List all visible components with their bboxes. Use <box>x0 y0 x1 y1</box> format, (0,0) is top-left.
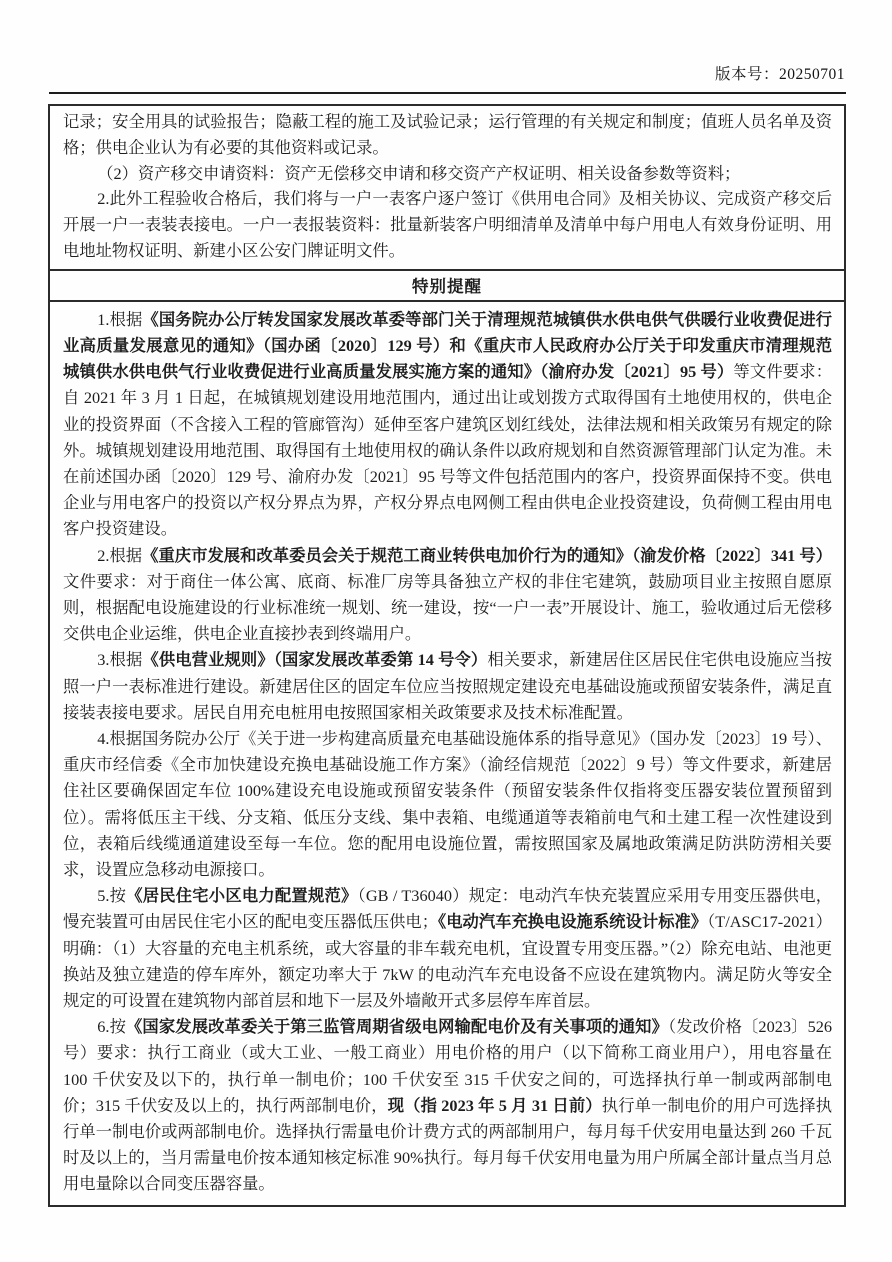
paragraph: 4.根据国务院办公厅《关于进一步构建高质量充电基础设施体系的指导意见》（国办发〔… <box>63 726 832 883</box>
paragraph: 2.此外工程验收合格后，我们将与一户一表客户逐户签订《供用电合同》及相关协议、完… <box>63 186 832 263</box>
bold-text-segment: 《重庆市发展和改革委员会关于规范工商业转供电加价行为的通知》（渝发价格〔2022… <box>142 546 832 565</box>
header-rule <box>49 92 846 94</box>
bold-text-segment: 《国务院办公厅转发国家发展改革委等部门关于清理规范城镇供水供电供气供暖行业收费促… <box>63 310 832 381</box>
special-notice-body: 1.根据《国务院办公厅转发国家发展改革委等部门关于清理规范城镇供水供电供气供暖行… <box>50 302 844 1205</box>
document-page: 版本号：20250701 记录；安全用具的试验报告；隐蔽工程的施工及试验记录；运… <box>0 0 892 1262</box>
bold-text-segment: 《居民住宅小区电力配置规范》 <box>126 886 357 905</box>
text-segment: 等文件要求：自 2021 年 3 月 1 日起，在城镇规划建设用地范围内，通过出… <box>63 362 832 538</box>
document-table: 记录；安全用具的试验报告；隐蔽工程的施工及试验记录；运行管理的有关规定和制度；值… <box>48 104 846 1207</box>
paragraph: 5.按《居民住宅小区电力配置规范》（GB / T36040）规定：电动汽车快充装… <box>63 883 832 1014</box>
bold-text-segment: 《电动汽车充换电设施系统设计标准》 <box>438 912 707 931</box>
paragraph: 记录；安全用具的试验报告；隐蔽工程的施工及试验记录；运行管理的有关规定和制度；值… <box>63 109 832 161</box>
paragraph: 3.根据《供电营业规则》（国家发展改革委第 14 号令）相关要求，新建居住区居民… <box>63 647 832 726</box>
text-segment: 1.根据 <box>97 310 142 329</box>
text-segment: 5.按 <box>97 886 126 905</box>
text-segment: 2.此外工程验收合格后，我们将与一户一表客户逐户签订《供用电合同》及相关协议、完… <box>63 189 832 260</box>
text-segment: 2.根据 <box>97 546 142 565</box>
text-segment: 记录；安全用具的试验报告；隐蔽工程的施工及试验记录；运行管理的有关规定和制度；值… <box>63 112 832 157</box>
paragraph: （2）资产移交申请资料：资产无偿移交申请和移交资产产权证明、相关设备参数等资料； <box>63 161 832 187</box>
paragraph: 2.根据《重庆市发展和改革委员会关于规范工商业转供电加价行为的通知》（渝发价格〔… <box>63 543 832 648</box>
text-segment: 文件要求：对于商住一体公寓、底商、标准厂房等具备独立产权的非住宅建筑，鼓励项目业… <box>63 572 832 643</box>
text-segment: 3.根据 <box>97 650 142 669</box>
bold-text-segment: 现（指 2023 年 5 月 31 日前） <box>388 1096 602 1115</box>
bold-text-segment: 《国家发展改革委关于第三监管周期省级电网输配电价及有关事项的通知》 <box>126 1017 668 1036</box>
paragraph: 6.按《国家发展改革委关于第三监管周期省级电网输配电价及有关事项的通知》（发改价… <box>63 1014 832 1197</box>
paragraph: 1.根据《国务院办公厅转发国家发展改革委等部门关于清理规范城镇供水供电供气供暖行… <box>63 307 832 543</box>
bold-text-segment: 《供电营业规则》（国家发展改革委第 14 号令） <box>142 650 487 669</box>
special-notice-header: 特别提醒 <box>50 269 844 302</box>
text-segment: 6.按 <box>97 1017 126 1036</box>
text-segment: 4.根据国务院办公厅《关于进一步构建高质量充电基础设施体系的指导意见》（国办发〔… <box>63 729 832 879</box>
text-segment: （2）资产移交申请资料：资产无偿移交申请和移交资产产权证明、相关设备参数等资料； <box>97 164 740 183</box>
carryover-section: 记录；安全用具的试验报告；隐蔽工程的施工及试验记录；运行管理的有关规定和制度；值… <box>50 106 844 269</box>
version-label: 版本号：20250701 <box>715 62 845 84</box>
